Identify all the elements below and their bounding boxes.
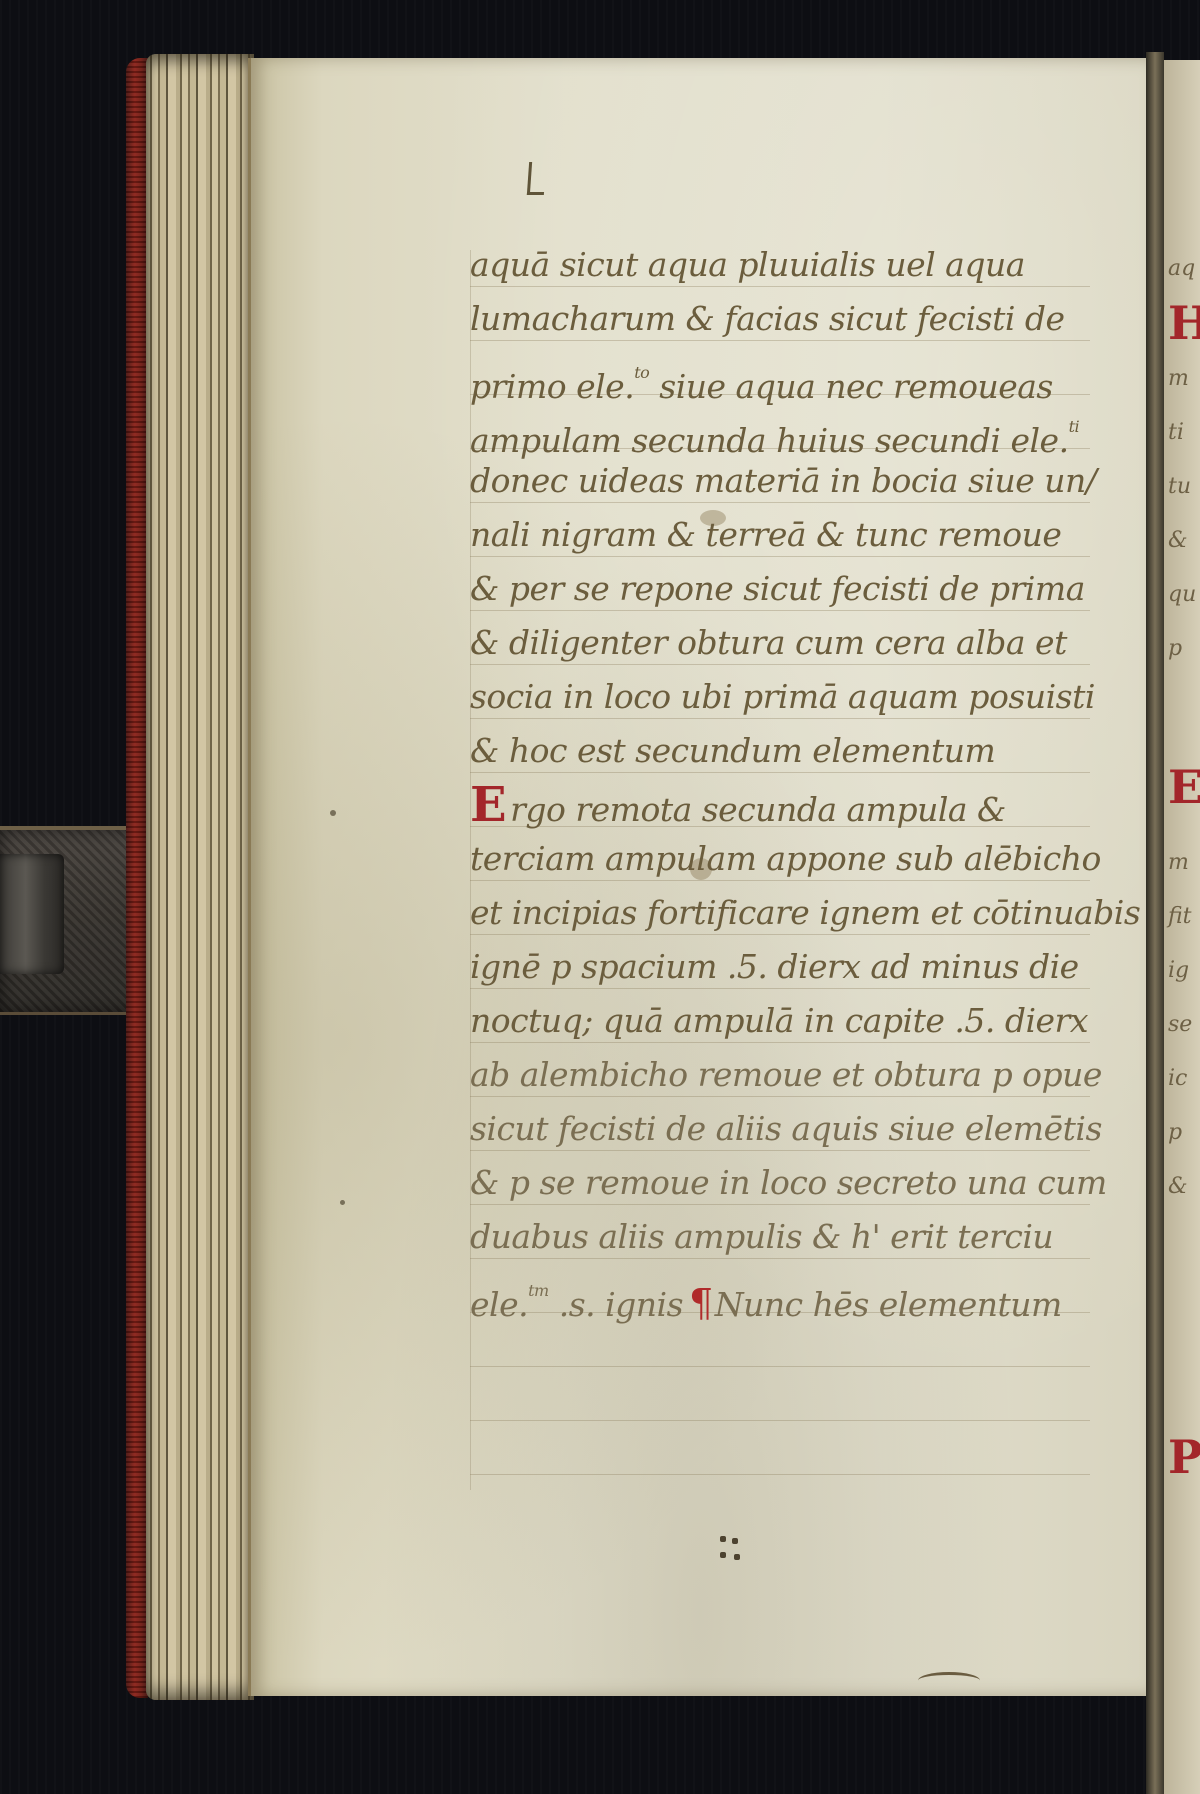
red-binding-edge bbox=[126, 58, 148, 1698]
line-text: .s. ignis bbox=[549, 1285, 683, 1324]
text-line-6: nali nigram & terreā & tunc remoue bbox=[470, 508, 1110, 562]
text-line-19: duabus aliis ampulis & h' erit terciu bbox=[470, 1210, 1110, 1264]
page-edges-stack bbox=[146, 54, 254, 1700]
line-text: Nunc hēs elementum bbox=[715, 1285, 1062, 1324]
facing-text: qu bbox=[1168, 582, 1196, 607]
text-line-8: & diligenter obtura cum cera alba et bbox=[470, 616, 1110, 670]
text-line-5: donec uideas materiā in bocia siue un/ bbox=[470, 454, 1110, 508]
text-line-3: primo ele.to siue aqua nec remoueas bbox=[470, 346, 1110, 400]
superscript-abbreviation: tm bbox=[528, 1281, 549, 1300]
parchment-speck bbox=[340, 1200, 345, 1205]
text-line-18: & p se remoue in loco secreto una cum bbox=[470, 1156, 1110, 1210]
facing-red-initial: P bbox=[1168, 1430, 1200, 1484]
clasp-metal-fitting bbox=[0, 854, 64, 974]
red-initial-E: E bbox=[470, 777, 506, 833]
ruling-line bbox=[470, 1366, 1090, 1367]
text-line-13: et incipias fortificare ignem et cōtinua… bbox=[470, 886, 1110, 940]
facing-red-initial: H bbox=[1168, 296, 1200, 350]
folio-corner-mark bbox=[527, 162, 546, 195]
facing-text: & bbox=[1168, 1174, 1188, 1199]
text-line-1: aquā sicut aqua pluuialis uel aqua bbox=[470, 238, 1110, 292]
facing-page-strip: aq H m ti tu & qu p E m fit ig se ic p &… bbox=[1164, 60, 1200, 1794]
ruling-line bbox=[470, 1474, 1090, 1475]
facing-text: p bbox=[1168, 636, 1182, 661]
parchment-speck bbox=[330, 810, 336, 816]
text-line-14: ignē p spacium .5. dierx ad minus die bbox=[470, 940, 1110, 994]
facing-text: p bbox=[1168, 1120, 1182, 1145]
line-text: rgo remota secunda ampula & bbox=[510, 790, 1006, 829]
red-paragraph-mark-icon: ¶ bbox=[689, 1281, 713, 1325]
text-line-7: & per se repone sicut fecisti de prima bbox=[470, 562, 1110, 616]
facing-text: se bbox=[1168, 1012, 1192, 1037]
text-line-17: sicut fecisti de aliis aquis siue elemēt… bbox=[470, 1102, 1110, 1156]
facing-text: aq bbox=[1168, 256, 1195, 281]
text-line-9: socia in loco ubi primā aquam posuisti bbox=[470, 670, 1110, 724]
text-line-16: ab alembicho remoue et obtura p opue bbox=[470, 1048, 1110, 1102]
facing-text: ti bbox=[1168, 420, 1184, 445]
text-line-10: & hoc est secundum elementum bbox=[470, 724, 1110, 778]
facing-text: ic bbox=[1168, 1066, 1187, 1091]
ink-dots-ornament bbox=[720, 1536, 750, 1562]
superscript-abbreviation: to bbox=[634, 363, 649, 382]
text-line-20: ele.tm .s. ignis¶Nunc hēs elementum bbox=[470, 1264, 1110, 1318]
facing-text: ig bbox=[1168, 958, 1189, 983]
facing-text: tu bbox=[1168, 474, 1191, 499]
manuscript-photo: aquā sicut aqua pluuialis uel aqua lumac… bbox=[0, 0, 1200, 1794]
facing-red-initial: E bbox=[1168, 760, 1200, 814]
facing-text: m bbox=[1168, 366, 1189, 391]
text-line-11: Ergo remota secunda ampula & bbox=[470, 778, 1110, 832]
line-text: ele. bbox=[470, 1285, 528, 1324]
text-line-4: ampulam secunda huius secundi ele.ti bbox=[470, 400, 1110, 454]
text-line-12: terciam ampulam appone sub alēbicho bbox=[470, 832, 1110, 886]
book-gutter bbox=[1146, 52, 1164, 1794]
facing-text: m bbox=[1168, 850, 1189, 875]
superscript-abbreviation: ti bbox=[1069, 417, 1080, 436]
text-line-2: lumacharum & facias sicut fecisti de bbox=[470, 292, 1110, 346]
facing-text: fit bbox=[1168, 904, 1192, 929]
facing-text: & bbox=[1168, 528, 1188, 553]
main-text-block: aquā sicut aqua pluuialis uel aqua lumac… bbox=[470, 238, 1110, 1318]
catchword-flourish bbox=[918, 1672, 980, 1689]
text-line-15: noctuq; quā ampulā in capite .5. dierx bbox=[470, 994, 1110, 1048]
ruling-line bbox=[470, 1420, 1090, 1421]
